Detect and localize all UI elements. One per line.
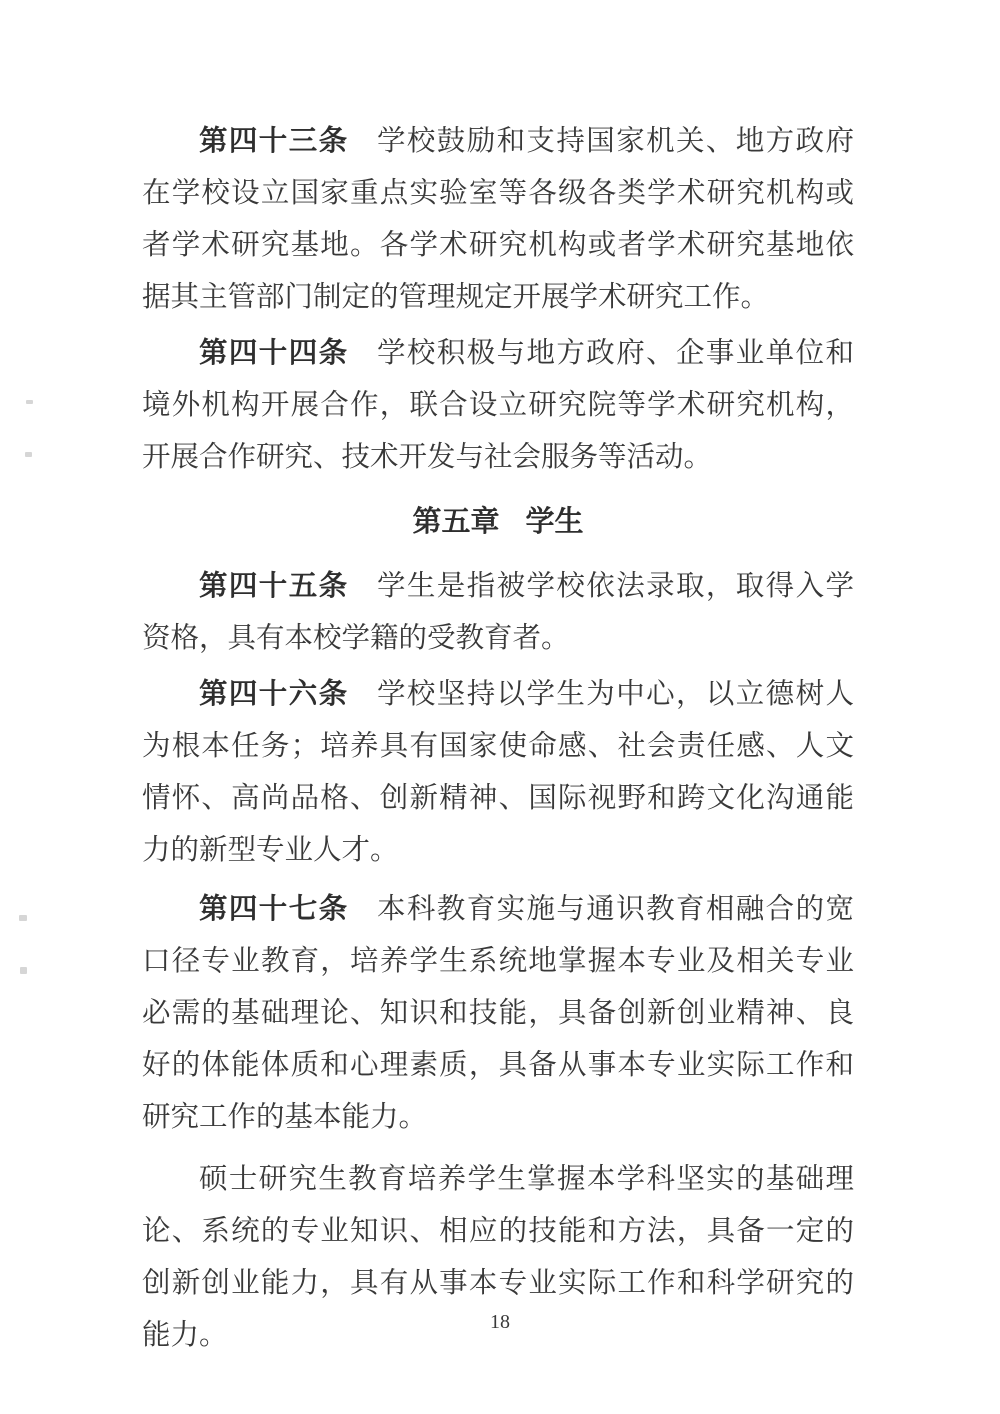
chapter-5-title: 学生 — [526, 506, 584, 538]
chapter-5-heading: 第五章学生 — [142, 496, 854, 548]
article-47-number: 第四十七条 — [199, 893, 349, 925]
page-footer: 18 — [0, 1310, 1000, 1334]
article-46: 第四十六条学校坚持以学生为中心，以立德树人为根本任务；培养具有国家使命感、社会责… — [142, 668, 854, 877]
scan-artifact — [20, 967, 27, 974]
article-45-number: 第四十五条 — [199, 570, 349, 602]
article-45: 第四十五条学生是指被学校依法录取，取得入学资格，具有本校学籍的受教育者。 — [142, 560, 854, 665]
article-46-number: 第四十六条 — [199, 678, 349, 710]
document-content: 第四十三条学校鼓励和支持国家机关、地方政府在学校设立国家重点实验室等各级各类学术… — [142, 115, 854, 1362]
article-47: 第四十七条本科教育实施与通识教育相融合的宽口径专业教育，培养学生系统地掌握本专业… — [142, 883, 854, 1144]
chapter-5-number: 第五章 — [412, 506, 499, 538]
article-44-number: 第四十四条 — [199, 337, 349, 369]
document-page: 第四十三条学校鼓励和支持国家机关、地方政府在学校设立国家重点实验室等各级各类学术… — [0, 0, 1000, 1414]
article-47-text: 本科教育实施与通识教育相融合的宽口径专业教育，培养学生系统地掌握本专业及相关专业… — [142, 894, 854, 1133]
scan-artifact — [25, 452, 32, 457]
scan-artifact — [26, 400, 33, 404]
scan-artifact — [19, 915, 27, 921]
article-43: 第四十三条学校鼓励和支持国家机关、地方政府在学校设立国家重点实验室等各级各类学术… — [142, 115, 854, 324]
article-43-number: 第四十三条 — [199, 125, 349, 157]
page-number: 18 — [490, 1311, 510, 1333]
article-44: 第四十四条学校积极与地方政府、企事业单位和境外机构开展合作，联合设立研究院等学术… — [142, 327, 854, 484]
